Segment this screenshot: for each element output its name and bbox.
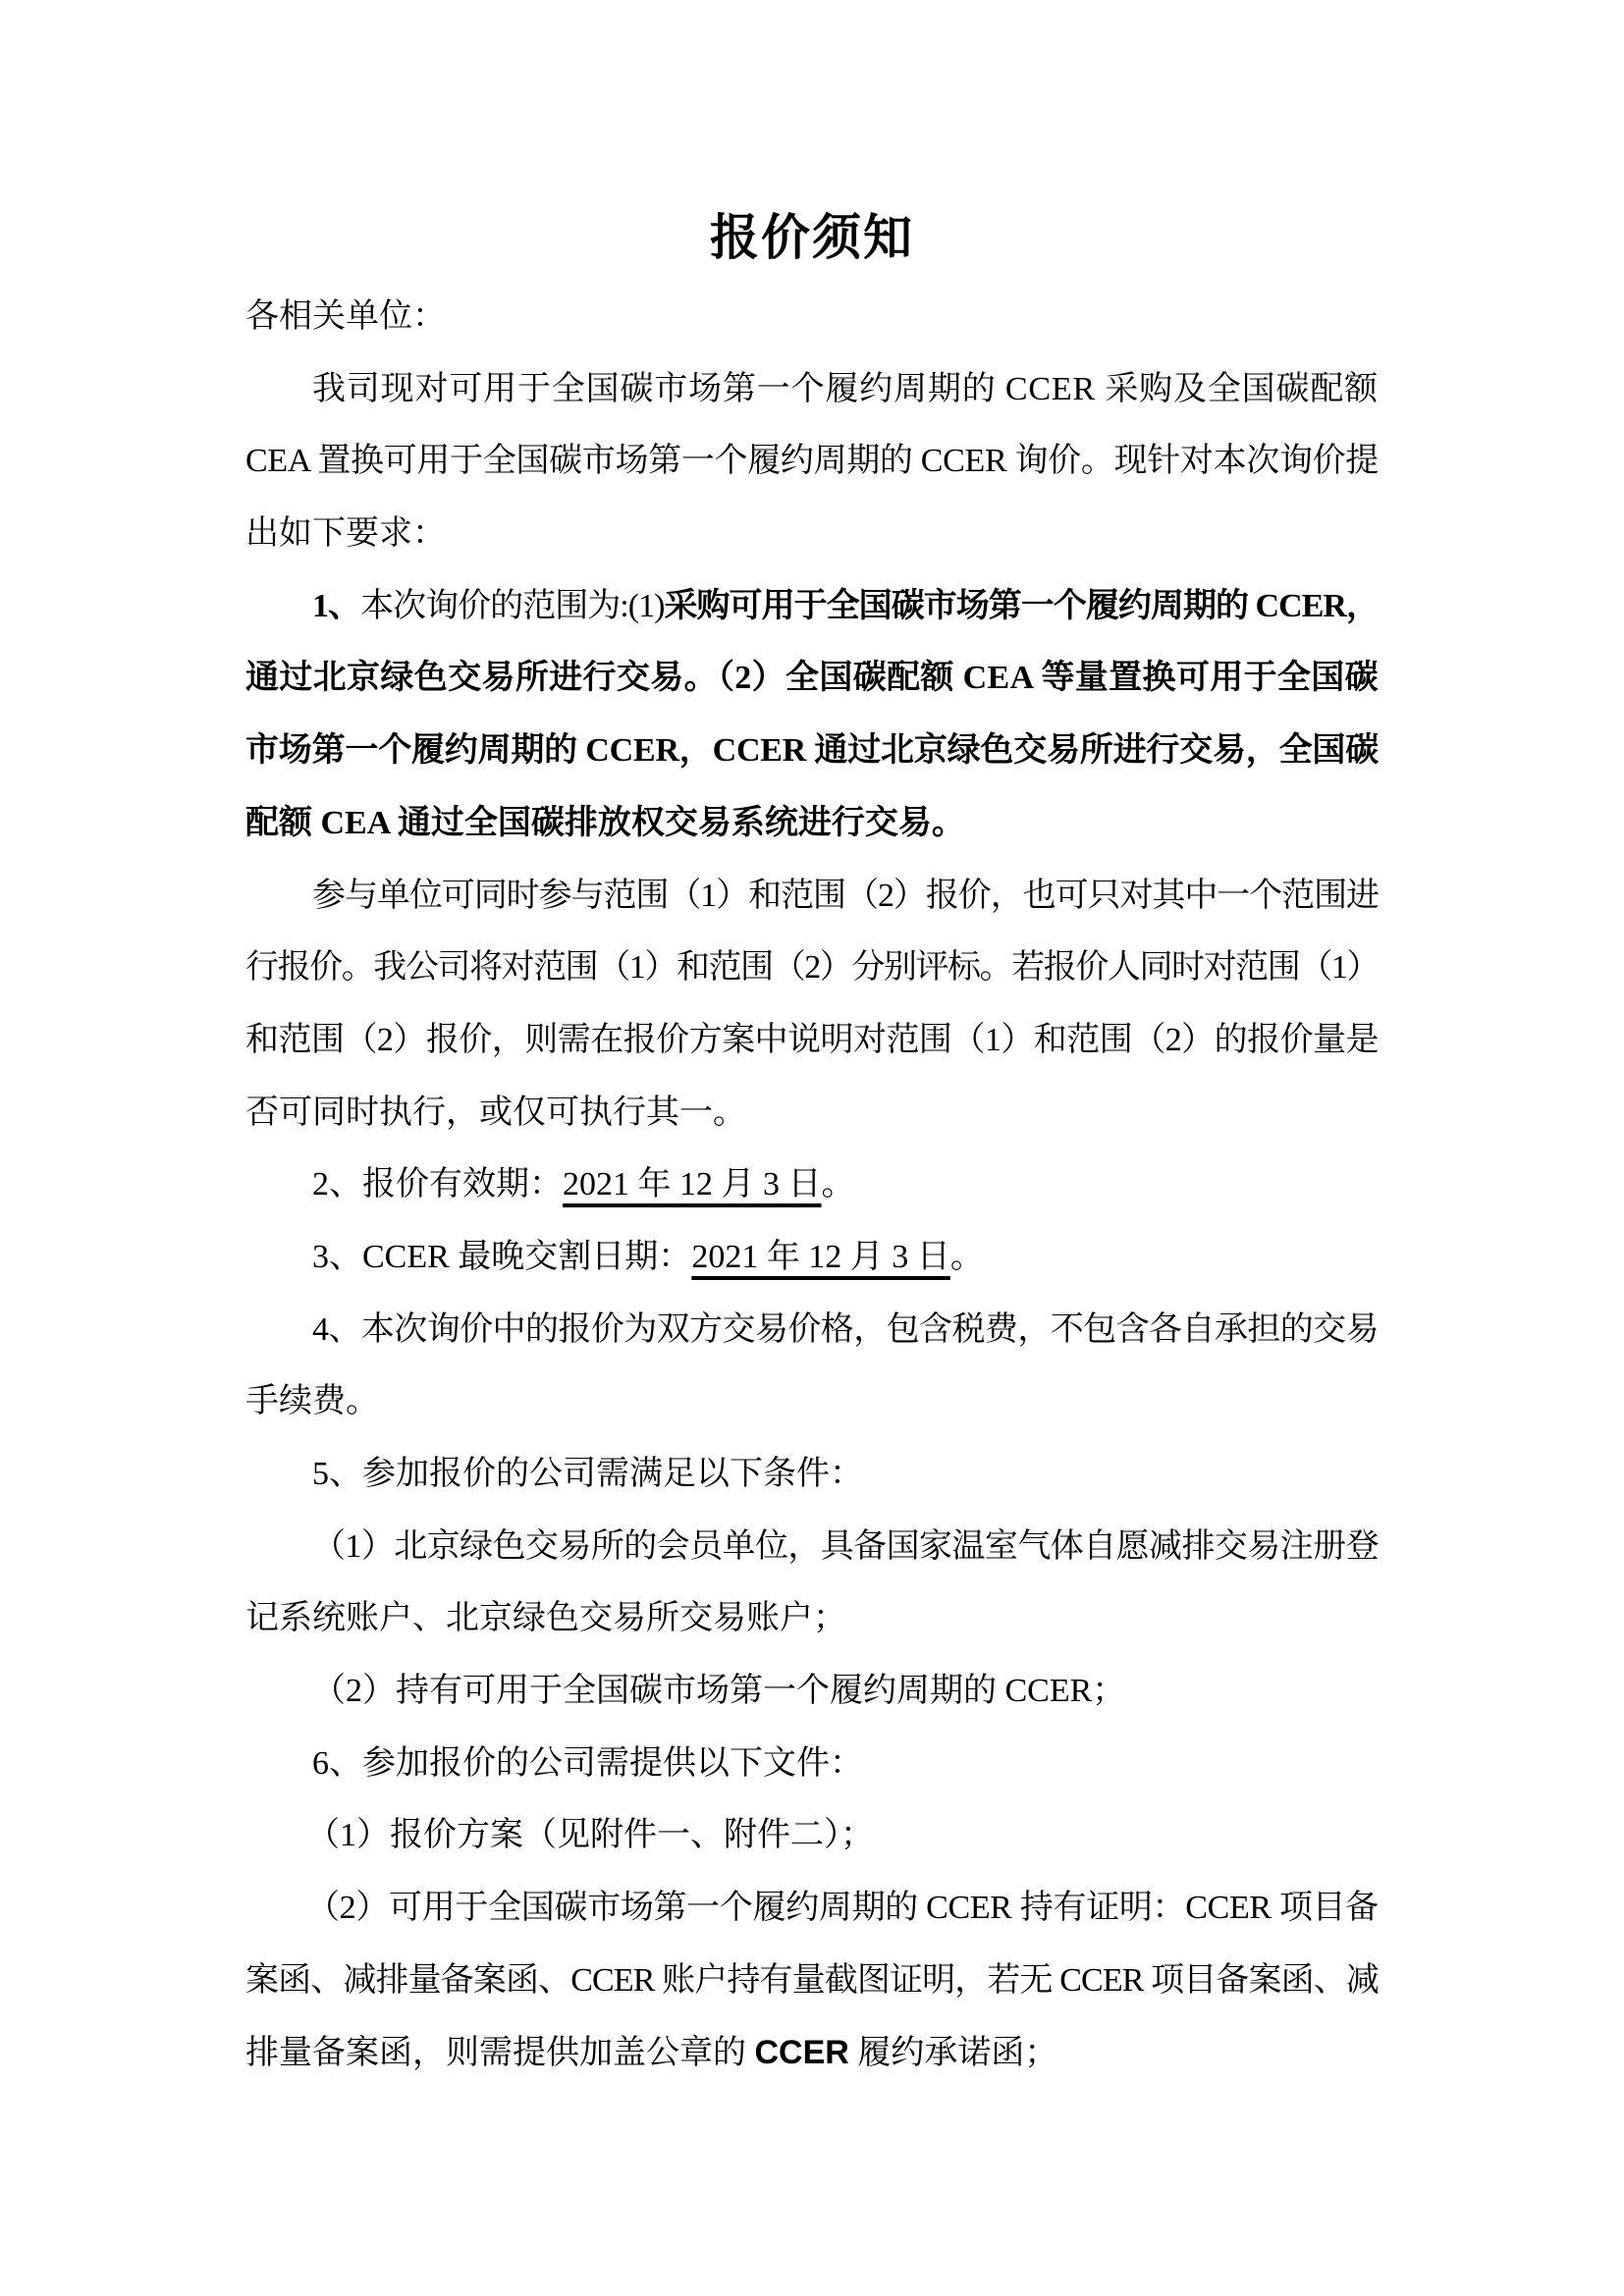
underlined-date: 2021 年 12 月 3 日 xyxy=(563,1166,822,1202)
paragraph-item-3-delivery-date: 3、CCER 最晚交割日期：2021 年 12 月 3 日。 xyxy=(245,1221,1379,1294)
paragraph-salutation: 各相关单位： xyxy=(245,281,1379,353)
text-line: （1）北京绿色交易所的会员单位，具备国家温室气体自愿减排交易注册登 xyxy=(245,1511,1379,1583)
text-run: 行报价。我公司将对范围（1）和范围（2）分别评标。若报价人同时对范围（1） xyxy=(245,949,1379,986)
text-run: 否可同时执行，或仅可执行其一。 xyxy=(245,1095,746,1131)
bold-scope-run: 配额 CEA 通过全国碳排放权交易系统进行交易。 xyxy=(245,805,965,841)
document-page: 报价须知 各相关单位： 我司现对可用于全国碳市场第一个履约周期的 CCER 采购… xyxy=(0,0,1624,2296)
text-line: 各相关单位： xyxy=(245,281,1379,353)
paragraph-scope-participation: 参与单位可同时参与范围（1）和范围（2）报价，也可只对其中一个范围进 行报价。我… xyxy=(245,860,1379,1149)
underlined-date: 2021 年 12 月 3 日 xyxy=(691,1239,950,1275)
text-run: 手续费。 xyxy=(245,1383,379,1419)
paragraph-item-5-1: （1）北京绿色交易所的会员单位，具备国家温室气体自愿减排交易注册登 记系统账户、… xyxy=(245,1511,1379,1655)
ccer-sans-run: CCER xyxy=(755,2034,849,2071)
text-line: 配额 CEA 通过全国碳排放权交易系统进行交易。 xyxy=(245,787,1379,860)
paragraph-intro: 我司现对可用于全国碳市场第一个履约周期的 CCER 采购及全国碳配额 CEA 置… xyxy=(245,353,1379,570)
paragraph-item-6-1: （1）报价方案（见附件一、附件二）； xyxy=(245,1799,1379,1872)
text-line: （1）报价方案（见附件一、附件二）； xyxy=(245,1799,1379,1872)
text-run: （2）可用于全国碳市场第一个履约周期的 CCER 持有证明：CCER 项目备 xyxy=(306,1890,1379,1926)
paragraph-item-2-validity: 2、报价有效期：2021 年 12 月 3 日。 xyxy=(245,1148,1379,1221)
text-run: 5、参加报价的公司需满足以下条件： xyxy=(312,1456,863,1492)
paragraph-item-5-conditions: 5、参加报价的公司需满足以下条件： xyxy=(245,1438,1379,1511)
text-line: CEA 置换可用于全国碳市场第一个履约周期的 CCER 询价。现针对本次询价提 xyxy=(245,425,1379,498)
text-line: 4、本次询价中的报价为双方交易价格，包含税费，不包含各自承担的交易 xyxy=(245,1294,1379,1366)
paragraph-item-6-documents: 6、参加报价的公司需提供以下文件： xyxy=(245,1728,1379,1800)
text-run: 本次询价的范围为:(1) xyxy=(360,588,664,624)
text-run: 6、参加报价的公司需提供以下文件： xyxy=(312,1745,863,1782)
item-number-run: 1、 xyxy=(312,588,360,624)
bold-scope-run: 采购可用于全国碳市场第一个履约周期的 CCER， xyxy=(665,588,1380,624)
text-line: 参与单位可同时参与范围（1）和范围（2）报价，也可只对其中一个范围进 xyxy=(245,860,1379,933)
text-line: 3、CCER 最晚交割日期：2021 年 12 月 3 日。 xyxy=(245,1221,1379,1294)
text-run: 参与单位可同时参与范围（1）和范围（2）报价，也可只对其中一个范围进 xyxy=(312,878,1379,914)
paragraph-item-6-2: （2）可用于全国碳市场第一个履约周期的 CCER 持有证明：CCER 项目备 案… xyxy=(245,1872,1379,2089)
bold-scope-run: 通过北京绿色交易所进行交易。（2）全国碳配额 CEA 等量置换可用于全国碳 xyxy=(245,660,1379,696)
bold-scope-run: 市场第一个履约周期的 CCER，CCER 通过北京绿色交易所进行交易，全国碳 xyxy=(245,732,1379,769)
text-line: 通过北京绿色交易所进行交易。（2）全国碳配额 CEA 等量置换可用于全国碳 xyxy=(245,642,1379,715)
paragraph-item-4-price: 4、本次询价中的报价为双方交易价格，包含税费，不包含各自承担的交易 手续费。 xyxy=(245,1294,1379,1438)
text-line: 排量备案函，则需提供加盖公章的 CCER 履约承诺函； xyxy=(245,2017,1379,2090)
text-line: 市场第一个履约周期的 CCER，CCER 通过北京绿色交易所进行交易，全国碳 xyxy=(245,715,1379,787)
text-line: （2）持有可用于全国碳市场第一个履约周期的 CCER； xyxy=(245,1655,1379,1728)
text-run: 记系统账户、北京绿色交易所交易账户； xyxy=(245,1600,846,1636)
text-run: 我司现对可用于全国碳市场第一个履约周期的 CCER 采购及全国碳配额 xyxy=(312,371,1379,407)
text-run: 履约承诺函； xyxy=(849,2035,1058,2071)
text-line: 手续费。 xyxy=(245,1365,1379,1438)
text-run: （1）报价方案（见附件一、附件二）； xyxy=(306,1817,874,1853)
text-line: 记系统账户、北京绿色交易所交易账户； xyxy=(245,1582,1379,1655)
paragraph-item-5-2: （2）持有可用于全国碳市场第一个履约周期的 CCER； xyxy=(245,1655,1379,1728)
text-run: （1）北京绿色交易所的会员单位，具备国家温室气体自愿减排交易注册登 xyxy=(312,1528,1379,1565)
text-run: 出如下要求： xyxy=(245,515,446,552)
text-line: 1、本次询价的范围为:(1)采购可用于全国碳市场第一个履约周期的 CCER， xyxy=(245,570,1379,643)
text-line: 我司现对可用于全国碳市场第一个履约周期的 CCER 采购及全国碳配额 xyxy=(245,353,1379,426)
text-run: 3、CCER 最晚交割日期： xyxy=(312,1239,691,1275)
text-run: 和范围（2）报价，则需在报价方案中说明对范围（1）和范围（2）的报价量是 xyxy=(245,1022,1379,1058)
text-line: （2）可用于全国碳市场第一个履约周期的 CCER 持有证明：CCER 项目备 xyxy=(245,1872,1379,1945)
text-run: 4、本次询价中的报价为双方交易价格，包含税费，不包含各自承担的交易 xyxy=(312,1311,1379,1348)
document-body: 各相关单位： 我司现对可用于全国碳市场第一个履约周期的 CCER 采购及全国碳配… xyxy=(245,281,1379,2089)
text-line: 6、参加报价的公司需提供以下文件： xyxy=(245,1728,1379,1800)
text-run: 排量备案函，则需提供加盖公章的 xyxy=(245,2035,755,2071)
text-run: 。 xyxy=(822,1166,855,1202)
paragraph-item-1-scope: 1、本次询价的范围为:(1)采购可用于全国碳市场第一个履约周期的 CCER， 通… xyxy=(245,570,1379,860)
text-line: 行报价。我公司将对范围（1）和范围（2）分别评标。若报价人同时对范围（1） xyxy=(245,932,1379,1004)
text-line: 和范围（2）报价，则需在报价方案中说明对范围（1）和范围（2）的报价量是 xyxy=(245,1004,1379,1077)
text-line: 5、参加报价的公司需满足以下条件： xyxy=(245,1438,1379,1511)
text-run: （2）持有可用于全国碳市场第一个履约周期的 CCER； xyxy=(312,1673,1125,1709)
text-line: 出如下要求： xyxy=(245,498,1379,570)
text-run: 各相关单位： xyxy=(245,298,446,335)
text-line: 否可同时执行，或仅可执行其一。 xyxy=(245,1077,1379,1149)
text-run: 案函、减排量备案函、CCER 账户持有量截图证明，若无 CCER 项目备案函、减 xyxy=(245,1962,1379,1999)
text-run: 2、报价有效期： xyxy=(312,1166,563,1202)
text-line: 案函、减排量备案函、CCER 账户持有量截图证明，若无 CCER 项目备案函、减 xyxy=(245,1945,1379,2017)
text-run: CEA 置换可用于全国碳市场第一个履约周期的 CCER 询价。现针对本次询价提 xyxy=(245,443,1379,479)
text-line: 2、报价有效期：2021 年 12 月 3 日。 xyxy=(245,1148,1379,1221)
document-title: 报价须知 xyxy=(245,194,1379,281)
text-run: 。 xyxy=(950,1239,984,1275)
